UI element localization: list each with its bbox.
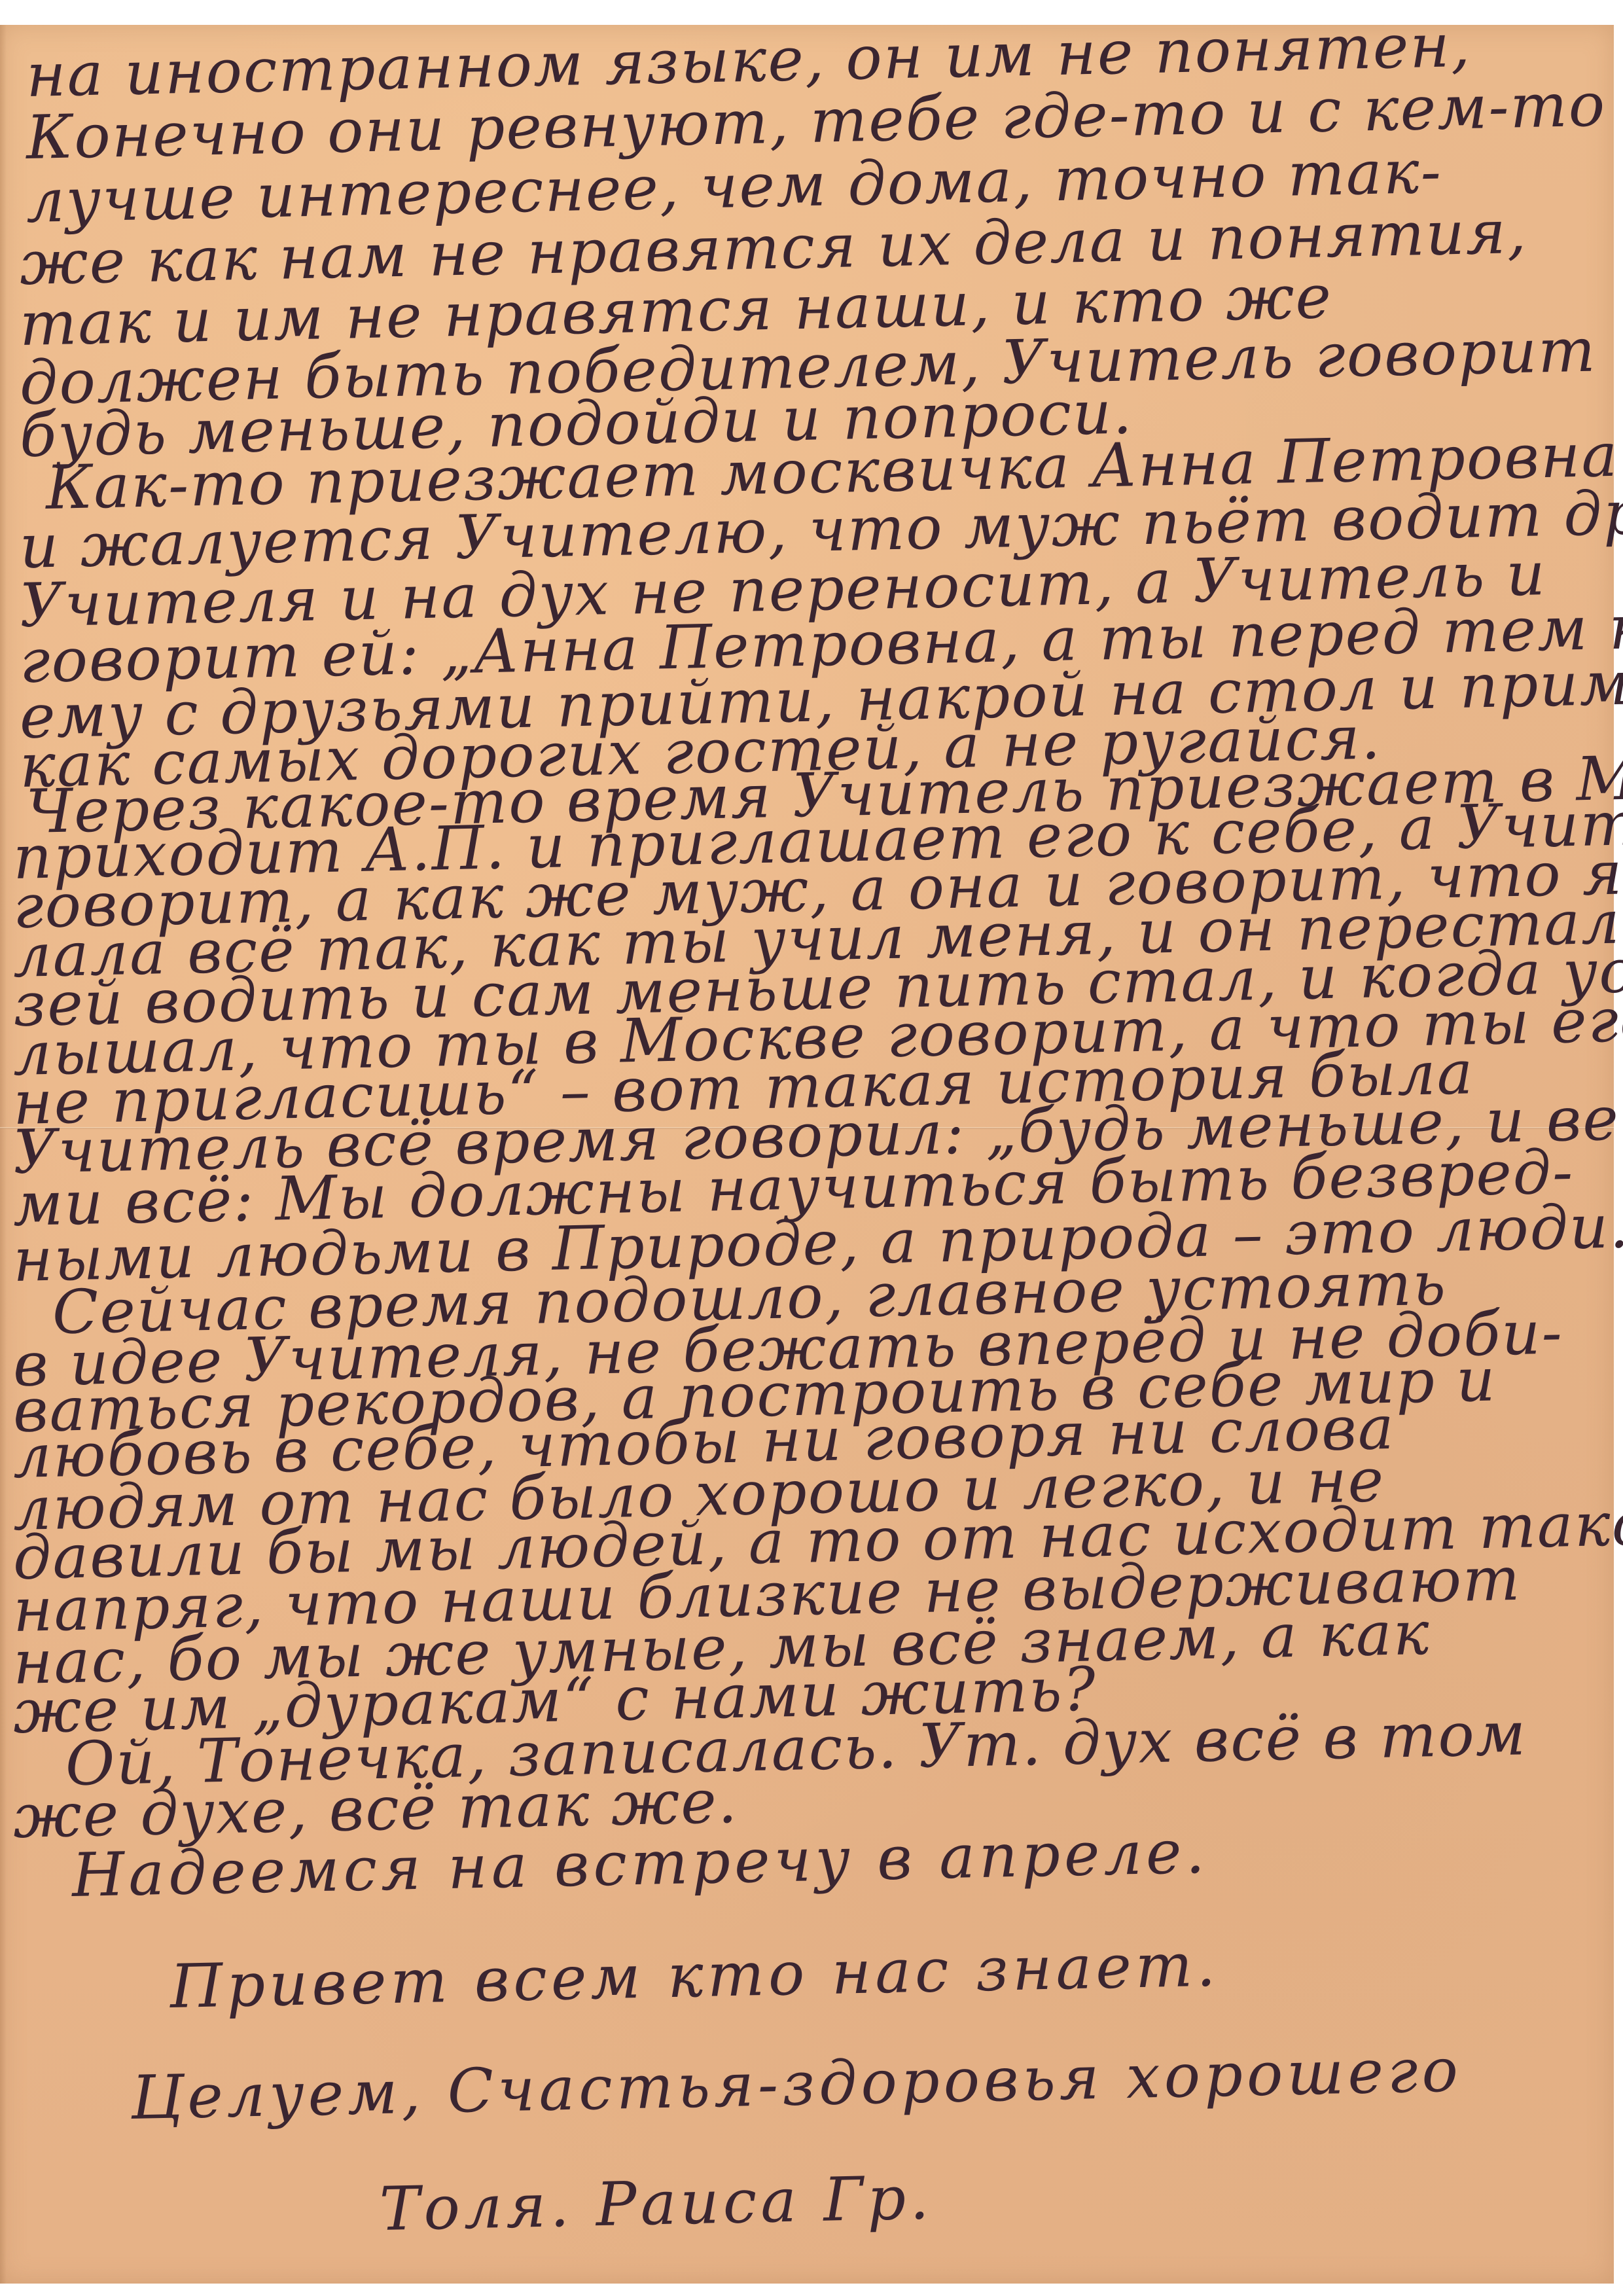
signature: Толя. Раиса Гр. bbox=[379, 2168, 933, 2240]
paper-left-edge-shadow bbox=[0, 25, 7, 2284]
